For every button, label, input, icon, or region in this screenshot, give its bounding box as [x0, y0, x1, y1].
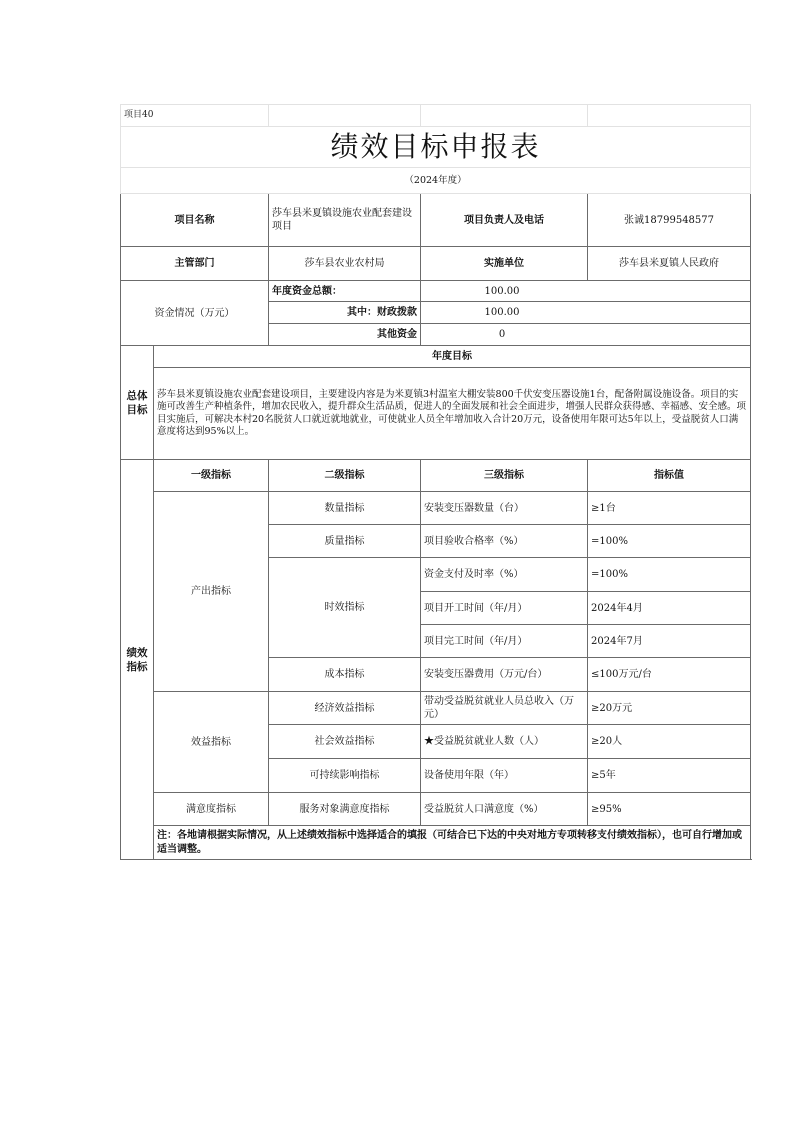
form-table: 项目40 绩效目标申报表 （2024年度） 项目名称 莎车县米夏镇设施农业配套建…	[120, 104, 751, 860]
funds-total-label: 年度资金总额：	[269, 281, 421, 302]
dept-label: 主管部门	[121, 247, 269, 281]
overall-goal-label: 总体目标	[121, 346, 154, 460]
level2-service: 服务对象满意度指标	[269, 793, 421, 826]
annual-goal-header: 年度目标	[154, 346, 751, 368]
performance-goal-form: 项目40 绩效目标申报表 （2024年度） 项目名称 莎车县米夏镇设施农业配套建…	[120, 104, 750, 860]
indicator-value: ≥5年	[588, 759, 751, 793]
dept-value: 莎车县农业农村局	[269, 247, 421, 281]
contact-label: 项目负责人及电话	[421, 194, 588, 247]
level1-satisfaction: 满意度指标	[154, 793, 269, 826]
project-tag: 项目40	[121, 105, 269, 127]
impl-label: 实施单位	[421, 247, 588, 281]
header-level2: 二级指标	[269, 460, 421, 492]
level2-cost: 成本指标	[269, 658, 421, 692]
header-level3: 三级指标	[421, 460, 588, 492]
indicator-value: ≥1台	[588, 492, 751, 525]
indicator-name: ★受益脱贫就业人数（人）	[421, 725, 588, 759]
indicator-name: 资金支付及时率（%）	[421, 558, 588, 592]
indicator-value: ≥20人	[588, 725, 751, 759]
impl-value: 莎车县米夏镇人民政府	[588, 247, 751, 281]
level1-benefit: 效益指标	[154, 692, 269, 793]
header-level1: 一级指标	[154, 460, 269, 492]
indicator-name: 安装变压器费用（万元/台）	[421, 658, 588, 692]
indicator-value: ≥20万元	[588, 692, 751, 725]
contact-value: 张诚18799548577	[588, 194, 751, 247]
indicators-label: 绩效指标	[121, 460, 154, 860]
funds-total-value: 100.00	[421, 281, 751, 302]
funds-fiscal-value: 100.00	[421, 302, 751, 324]
indicator-name: 项目开工时间（年/月）	[421, 592, 588, 625]
indicator-value: =100%	[588, 525, 751, 558]
indicator-value: 2024年4月	[588, 592, 751, 625]
indicator-name: 项目验收合格率（%）	[421, 525, 588, 558]
funds-fiscal-label: 其中：财政拨款	[269, 302, 421, 324]
annual-goal-text: 莎车县米夏镇设施农业配套建设项目，主要建设内容是为米夏镇3村温室大棚安装800千…	[154, 368, 751, 460]
project-name-value: 莎车县米夏镇设施农业配套建设项目	[269, 194, 421, 247]
funds-other-label: 其他资金	[269, 324, 421, 346]
indicator-name: 带动受益脱贫就业人员总收入（万元）	[421, 692, 588, 725]
level2-timeliness: 时效指标	[269, 558, 421, 658]
level1-output: 产出指标	[154, 492, 269, 692]
header-value: 指标值	[588, 460, 751, 492]
page-title: 绩效目标申报表	[121, 127, 751, 168]
indicator-name: 受益脱贫人口满意度（%）	[421, 793, 588, 826]
level2-economic: 经济效益指标	[269, 692, 421, 725]
project-name-label: 项目名称	[121, 194, 269, 247]
year-label: （2024年度）	[121, 168, 751, 194]
indicator-value: 2024年7月	[588, 625, 751, 658]
indicator-name: 安装变压器数量（台）	[421, 492, 588, 525]
indicator-name: 设备使用年限（年）	[421, 759, 588, 793]
indicator-value: ≤100万元/台	[588, 658, 751, 692]
level2-quantity: 数量指标	[269, 492, 421, 525]
level2-sustainable: 可持续影响指标	[269, 759, 421, 793]
footnote: 注：各地请根据实际情况，从上述绩效指标中选择适合的填报（可结合已下达的中央对地方…	[154, 826, 751, 860]
funds-label: 资金情况（万元）	[121, 281, 269, 346]
indicator-name: 项目完工时间（年/月）	[421, 625, 588, 658]
indicator-value: ≥95%	[588, 793, 751, 826]
level2-social: 社会效益指标	[269, 725, 421, 759]
level2-quality: 质量指标	[269, 525, 421, 558]
indicator-value: =100%	[588, 558, 751, 592]
funds-other-value: 0	[421, 324, 751, 346]
